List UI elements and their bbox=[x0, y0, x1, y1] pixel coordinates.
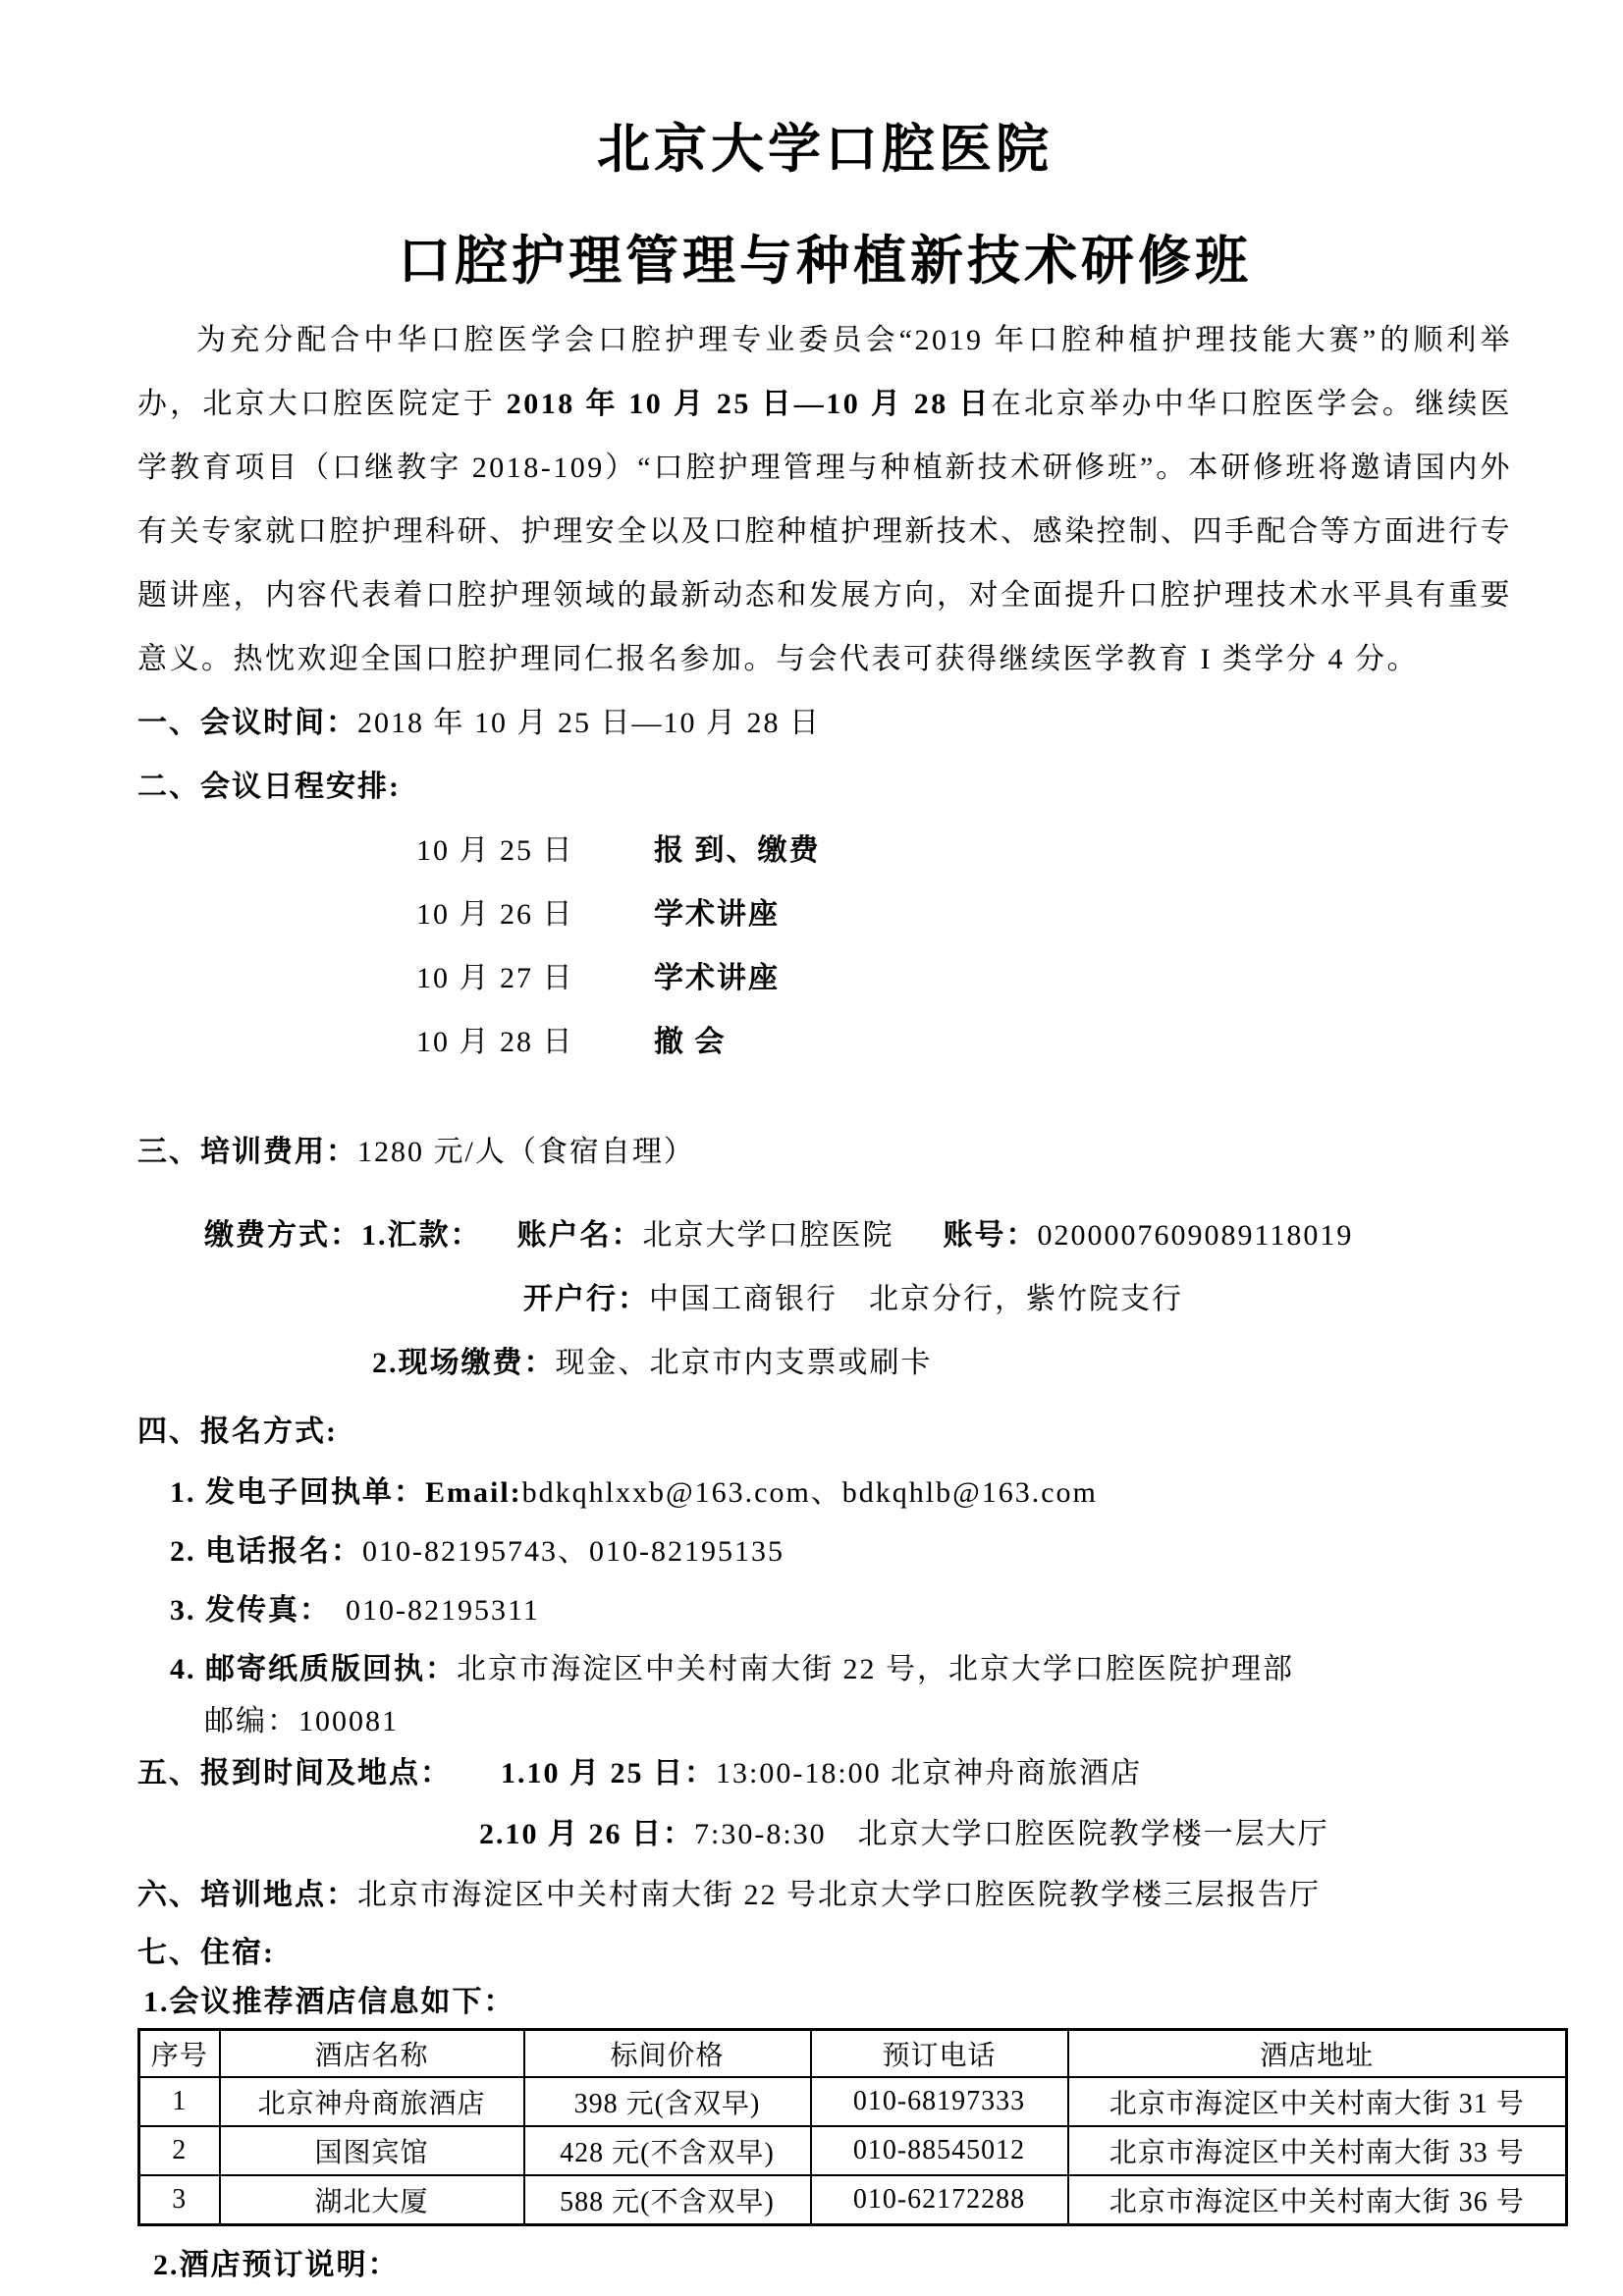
agenda-activity: 报 到、缴费 bbox=[654, 834, 821, 867]
intro-paragraph: 为充分配合中华口腔医学会口腔护理专业委员会“2019 年口腔种植护理技能大赛”的… bbox=[137, 308, 1512, 691]
doc-title: 北京大学口腔医院 bbox=[137, 110, 1512, 188]
hotel-booking-note-label: 2.酒店预订说明： bbox=[153, 2249, 400, 2281]
fax-value: 010-82195311 bbox=[346, 1594, 540, 1627]
agenda-date: 10 月 25 日 bbox=[416, 819, 654, 882]
hotel-table: 序号 酒店名称 标间价格 预订电话 酒店地址 1 北京神舟商旅酒店 398 元(… bbox=[137, 2028, 1568, 2226]
hotel-cell-address: 北京市海淀区中关村南大街 36 号 bbox=[1068, 2175, 1567, 2225]
email-value: bdkqhlxxb@163.com、bdkqhlb@163.com bbox=[522, 1476, 1098, 1509]
hotel-cell-phone: 010-88545012 bbox=[811, 2126, 1068, 2175]
hotel-cell-phone: 010-68197333 bbox=[811, 2077, 1068, 2126]
onsite-payment-label: 2.现场缴费： bbox=[372, 1347, 556, 1379]
hotel-header-index: 序号 bbox=[139, 2030, 220, 2078]
bank-label: 开户行： bbox=[523, 1283, 649, 1315]
hotel-header-phone: 预订电话 bbox=[811, 2030, 1068, 2078]
hotel-cell-address: 北京市海淀区中关村南大街 31 号 bbox=[1068, 2077, 1567, 2126]
hotel-cell-name: 北京神舟商旅酒店 bbox=[220, 2077, 524, 2126]
mail-reply-label: 4. 邮寄纸质版回执： bbox=[170, 1653, 457, 1685]
hotel-table-row-2: 2 国图宾馆 428 元(不含双早) 010-88545012 北京市海淀区中关… bbox=[139, 2126, 1567, 2175]
checkin-date-2-value: 7:30-8:30 北京大学口腔医院教学楼一层大厅 bbox=[694, 1818, 1329, 1850]
fee-line: 三、培训费用：1280 元/人（食宿自理） bbox=[137, 1120, 1568, 1184]
venue-line: 六、培训地点：北京市海淀区中关村南大街 22 号北京大学口腔医院教学楼三层报告厅 bbox=[137, 1865, 1568, 1926]
hotel-cell-name: 湖北大厦 bbox=[220, 2175, 524, 2225]
agenda-activity: 学术讲座 bbox=[654, 962, 780, 994]
venue-label: 六、培训地点： bbox=[137, 1879, 357, 1911]
hotel-list-intro: 1.会议推荐酒店信息如下： bbox=[143, 1980, 1568, 2024]
agenda-activity: 学术讲座 bbox=[654, 898, 780, 931]
checkin-date-1-label: 1.10 月 25 日： bbox=[501, 1757, 716, 1789]
payment-line-2: 开户行：中国工商银行 北京分行，紫竹院支行 bbox=[523, 1267, 1568, 1331]
checkin-date-1-value: 13:00-18:00 北京神舟商旅酒店 bbox=[716, 1757, 1142, 1789]
document-content: 北京大学口腔医院 口腔护理管理与种植新技术研修班 为充分配合中华口腔医学会口腔护… bbox=[0, 0, 1623, 2292]
hotel-cell-index: 3 bbox=[139, 2175, 220, 2225]
hotel-header-address: 酒店地址 bbox=[1068, 2030, 1567, 2078]
hotel-booking-note: 2.酒店预订说明： bbox=[153, 2238, 1568, 2292]
agenda-row-2: 10 月 26 日学术讲座 bbox=[416, 882, 1568, 946]
register-heading: 四、报名方式: bbox=[137, 1400, 1568, 1464]
payment-line-3: 2.现场缴费：现金、北京市内支票或刷卡 bbox=[372, 1331, 1568, 1395]
hotel-cell-price: 428 元(不含双早) bbox=[524, 2126, 811, 2175]
hotel-cell-phone: 010-62172288 bbox=[811, 2175, 1068, 2225]
agenda-row-3: 10 月 27 日学术讲座 bbox=[416, 946, 1568, 1010]
hotel-header-price: 标间价格 bbox=[524, 2030, 811, 2078]
account-number-value: 0200007609089118019 bbox=[1038, 1219, 1354, 1252]
agenda-date: 10 月 28 日 bbox=[416, 1010, 654, 1074]
hotel-table-row-3: 3 湖北大厦 588 元(不含双早) 010-62172288 北京市海淀区中关… bbox=[139, 2175, 1567, 2225]
agenda-activity: 撤 会 bbox=[654, 1026, 727, 1058]
doc-subtitle: 口腔护理管理与种植新技术研修班 bbox=[137, 222, 1512, 300]
agenda-label: 二、会议日程安排: bbox=[137, 771, 401, 803]
hotel-cell-name: 国图宾馆 bbox=[220, 2126, 524, 2175]
account-name-label: 账户名： bbox=[517, 1219, 643, 1252]
intro-date-range: 2018 年 10 月 25 日—10 月 28 日 bbox=[507, 388, 992, 420]
email-label: Email: bbox=[425, 1476, 522, 1509]
account-number-label: 账号： bbox=[944, 1219, 1038, 1252]
hotel-cell-price: 398 元(含双早) bbox=[524, 2077, 811, 2126]
intro-text-2: 在北京举办中华口腔医学会。继续医学教育项目（口继教字 2018-109）“口腔护… bbox=[137, 388, 1512, 675]
register-item-4: 4. 邮寄纸质版回执：北京市海淀区中关村南大街 22 号，北京大学口腔医院护理部 bbox=[170, 1640, 1568, 1699]
zip-code-line: 邮编：100081 bbox=[204, 1699, 1568, 1743]
accommodation-label: 七、住宿: bbox=[137, 1937, 275, 1969]
phone-register-label: 2. 电话报名： bbox=[170, 1535, 362, 1568]
hotel-cell-price: 588 元(不含双早) bbox=[524, 2175, 811, 2225]
agenda-date: 10 月 27 日 bbox=[416, 946, 654, 1010]
bank-value: 中国工商银行 北京分行，紫竹院支行 bbox=[649, 1283, 1183, 1315]
meeting-time-value: 2018 年 10 月 25 日—10 月 28 日 bbox=[357, 707, 821, 739]
register-label: 四、报名方式: bbox=[137, 1415, 338, 1448]
agenda-row-4: 10 月 28 日撤 会 bbox=[416, 1010, 1568, 1074]
checkin-line-1: 五、报到时间及地点：1.10 月 25 日：13:00-18:00 北京神舟商旅… bbox=[137, 1743, 1568, 1804]
checkin-line-2: 2.10 月 26 日：7:30-8:30 北京大学口腔医院教学楼一层大厅 bbox=[479, 1804, 1568, 1865]
payment-method-label: 缴费方式： bbox=[204, 1219, 361, 1252]
email-reply-label: 1. 发电子回执单： bbox=[170, 1476, 425, 1509]
fax-label: 3. 发传真： bbox=[170, 1594, 331, 1627]
hotel-cell-index: 1 bbox=[139, 2077, 220, 2126]
meeting-time-line: 一、会议时间：2018 年 10 月 25 日—10 月 28 日 bbox=[137, 691, 1568, 755]
register-item-1: 1. 发电子回执单：Email:bdkqhlxxb@163.com、bdkqhl… bbox=[170, 1464, 1568, 1522]
agenda-row-1: 10 月 25 日报 到、缴费 bbox=[416, 819, 1568, 882]
onsite-payment-value: 现金、北京市内支票或刷卡 bbox=[556, 1347, 933, 1379]
hotel-table-row-1: 1 北京神舟商旅酒店 398 元(含双早) 010-68197333 北京市海淀… bbox=[139, 2077, 1567, 2126]
meeting-time-label: 一、会议时间： bbox=[137, 707, 357, 739]
hotel-header-name: 酒店名称 bbox=[220, 2030, 524, 2078]
accommodation-heading: 七、住宿: bbox=[137, 1926, 1568, 1980]
checkin-date-2-label: 2.10 月 26 日： bbox=[479, 1818, 694, 1850]
hotel-table-header-row: 序号 酒店名称 标间价格 预订电话 酒店地址 bbox=[139, 2030, 1567, 2078]
account-name-value: 北京大学口腔医院 bbox=[643, 1219, 894, 1252]
register-item-2: 2. 电话报名：010-82195743、010-82195135 bbox=[170, 1522, 1568, 1581]
zip-code-value: 邮编：100081 bbox=[204, 1705, 399, 1737]
hotel-cell-index: 2 bbox=[139, 2126, 220, 2175]
document-page: 北京大学口腔医院 口腔护理管理与种植新技术研修班 为充分配合中华口腔医学会口腔护… bbox=[0, 0, 1623, 2296]
fee-value: 1280 元/人（食宿自理） bbox=[357, 1136, 695, 1168]
register-item-3: 3. 发传真：010-82195311 bbox=[170, 1581, 1568, 1640]
hotel-cell-address: 北京市海淀区中关村南大街 33 号 bbox=[1068, 2126, 1567, 2175]
payment-remit-label: 1.汇款： bbox=[361, 1219, 482, 1252]
checkin-label: 五、报到时间及地点： bbox=[137, 1757, 452, 1789]
agenda-heading: 二、会议日程安排: bbox=[137, 755, 1568, 819]
venue-value: 北京市海淀区中关村南大街 22 号北京大学口腔医院教学楼三层报告厅 bbox=[357, 1879, 1321, 1911]
fee-label: 三、培训费用： bbox=[137, 1136, 357, 1168]
agenda-date: 10 月 26 日 bbox=[416, 882, 654, 946]
payment-line-1: 缴费方式：1.汇款：账户名：北京大学口腔医院账号：020000760908911… bbox=[204, 1203, 1568, 1267]
mail-reply-value: 北京市海淀区中关村南大街 22 号，北京大学口腔医院护理部 bbox=[457, 1653, 1294, 1685]
hotel-list-intro-label: 1.会议推荐酒店信息如下： bbox=[143, 1986, 515, 2018]
phone-register-value: 010-82195743、010-82195135 bbox=[362, 1535, 784, 1568]
